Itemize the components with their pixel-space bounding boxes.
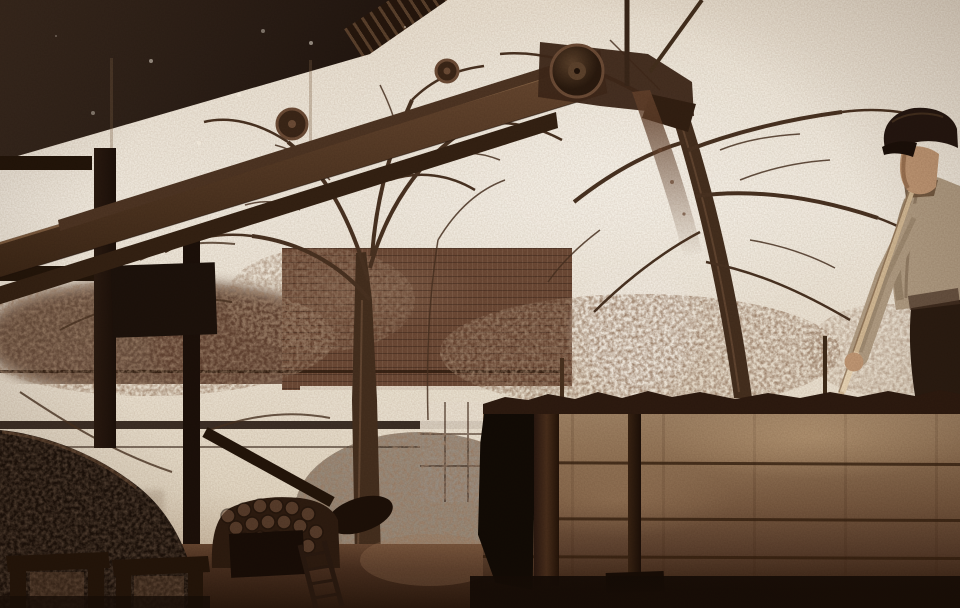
vignette	[0, 0, 960, 608]
photograph	[0, 0, 960, 608]
